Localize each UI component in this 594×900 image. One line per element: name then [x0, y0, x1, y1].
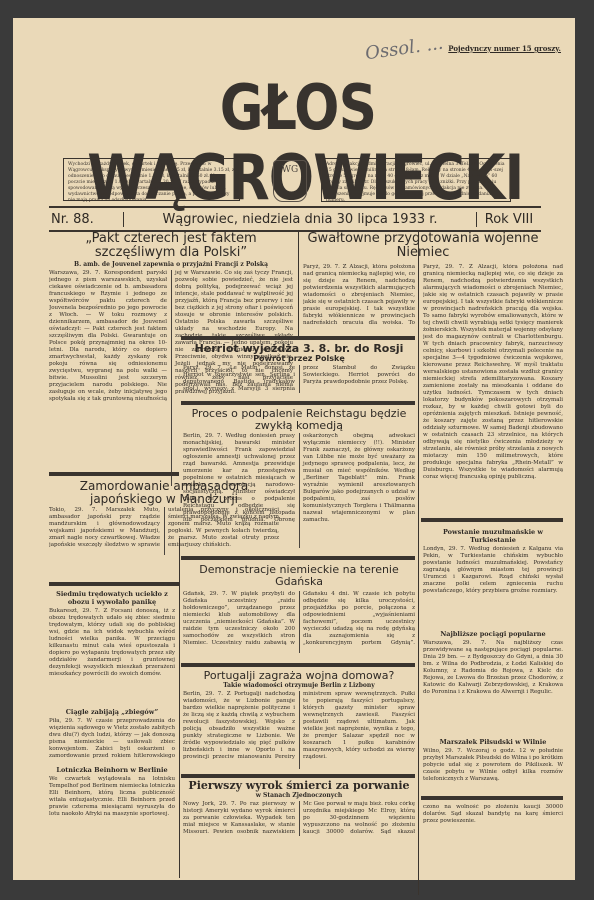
article-continuation: czono na wolność po złożeniu kaucji 3000…: [423, 804, 563, 828]
section-rule: [49, 472, 179, 476]
article-gwaltowne-body-2: Paryż, 29. 7. Z Alzacji, która położona …: [423, 264, 563, 516]
headline: Herriot wyjeżdża 3. 8. br. do Rosji: [183, 343, 415, 355]
headline: Proces o podpalenie Reichstagu będzie zw…: [183, 408, 415, 431]
newspaper-page: Ossol. ... Pojedynczy numer 15 groszy. G…: [13, 18, 575, 880]
article-body: Paryż, 29. 7. „Le Matin” donosi, że Herr…: [183, 365, 415, 393]
article-body: Bukareszt, 29. 7. Z Focsani donoszą, iż …: [49, 608, 175, 696]
subheadline: B. amb. de Jouvenel zapewnia o przyjaźni…: [49, 261, 293, 268]
article-marszalek: Marszałek Piłsudski w Wilnie Wilno, 29. …: [423, 738, 563, 792]
article-body: czono na wolność po złożeniu kaucji 3000…: [423, 804, 563, 828]
issue-number: Nr. 88.: [49, 212, 124, 227]
dateline-bar: Nr. 88. Wągrowiec, niedziela dnia 30 lip…: [49, 206, 541, 232]
article-powstanie: Powstanie muzułmańskie w Turkiestanie Lo…: [423, 528, 563, 606]
article-portugalji: Portugalji zagraża wojna domowa? Takie w…: [183, 670, 415, 769]
article-body: Gdańsk, 29. 7. W piątek przybyli do Gdań…: [183, 591, 415, 653]
article-ciagle: Ciągle zabijają „zbiegów” Piła, 29. 7. W…: [49, 708, 175, 760]
headline: Demonstracje niemieckie na terenie Gdańs…: [183, 564, 415, 587]
section-rule: [49, 582, 179, 586]
headline: Marszałek Piłsudski w Wilnie: [423, 738, 563, 746]
column-divider: [298, 230, 299, 340]
headline: Gwałtowne przygotowania wojenne Niemiec: [303, 232, 543, 259]
town-crest-icon: WG: [273, 160, 307, 202]
article-body: Warszawa, 29. 7. Na najbliższy czas prze…: [423, 640, 563, 720]
column-divider: [179, 538, 180, 878]
section-rule: [421, 796, 563, 800]
section-rule: [181, 556, 415, 560]
article-siedmiu: Siedmiu trędowatych uciekło z obozu i wy…: [49, 590, 175, 696]
article-body: Piła, 29. 7. W czasie przeprowadzenia do…: [49, 718, 175, 760]
article-herriot: Herriot wyjeżdża 3. 8. br. do Rosji Powr…: [183, 343, 415, 393]
section-rule: [181, 336, 415, 340]
headline: Najbliższe pociągi popularne: [423, 630, 563, 638]
article-body: Paryż, 29. 7. Z Alzacji, która położona …: [303, 264, 415, 324]
section-rule: [421, 518, 563, 522]
article-body: Paryż, 29. 7. Z Alzacji, która położona …: [423, 264, 563, 516]
headline: „Pakt czterech jest faktem szczęśliwym d…: [49, 232, 293, 259]
headline: Powstanie muzułmańskie w Turkiestanie: [423, 528, 563, 544]
price-note: Pojedynczy numer 15 groszy.: [448, 44, 561, 53]
volume-year: Rok VIII: [476, 212, 541, 227]
article-gwaltowne-body-1: Paryż, 29. 7. Z Alzacji, która położona …: [303, 264, 415, 324]
article-body: Nowy Jork, 29. 7. Po raz pierwszy w hist…: [183, 801, 415, 836]
headline: Siedmiu trędowatych uciekło z obozu i wy…: [49, 590, 175, 606]
handwritten-note: Ossol. ...: [364, 33, 445, 65]
headline: Pierwszy wyrok śmierci za porwanie: [183, 780, 415, 792]
article-najblizsze: Najbliższe pociągi popularne Warszawa, 2…: [423, 630, 563, 720]
section-rule: [181, 401, 415, 405]
headline: Lotniczka Beinhorn w Berlinie: [49, 766, 175, 774]
section-rule: [181, 774, 415, 778]
article-zamordowanie: Zamordowanie ambasadora japońskiego w Ma…: [49, 480, 279, 555]
article-body: Wilno, 29. 7. Wczoraj o godz. 12 w połud…: [423, 748, 563, 792]
headline: Zamordowanie ambasadora japońskiego w Ma…: [49, 480, 279, 505]
article-pierwszy-wyrok: Pierwszy wyrok śmierci za porwanie w Sta…: [183, 780, 415, 836]
subheadline: Takie wiadomości otrzymuje Berlin z Lizb…: [183, 682, 415, 689]
article-body: Berlin, 29. 7. Z Portugalji nadchodzą wi…: [183, 691, 415, 769]
subheadline: Powrót przez Polskę: [183, 355, 415, 363]
headline: Ciągle zabijają „zbiegów”: [49, 708, 175, 716]
article-demonstracje: Demonstracje niemieckie na terenie Gdańs…: [183, 564, 415, 653]
headline: Portugalji zagraża wojna domowa?: [183, 670, 415, 682]
article-lotniczka: Lotniczka Beinhorn w Berlinie We czwarte…: [49, 766, 175, 832]
article-gwaltowne: Gwałtowne przygotowania wojenne Niemiec: [303, 232, 565, 259]
article-body: We czwartek wylądowała na lotnisku Tempe…: [49, 776, 175, 832]
editorial-address-box: Adres Redakcji i Administracji Wągrowiec…: [321, 158, 511, 202]
article-body: Londyn, 29. 7. Według doniesień z Kalgan…: [423, 546, 563, 606]
subheadline: w Stanach Zjednoczonych: [183, 792, 415, 799]
issue-date: Wągrowiec, niedziela dnia 30 lipca 1933 …: [124, 212, 476, 227]
section-rule: [181, 663, 415, 667]
column-divider: [418, 230, 419, 895]
subscription-info-box: Wychodzi na każdy wtorek, czwartek i nie…: [63, 158, 240, 201]
article-body: Tokio, 29. 7. Marszałek Muto, ambasador …: [49, 507, 279, 555]
